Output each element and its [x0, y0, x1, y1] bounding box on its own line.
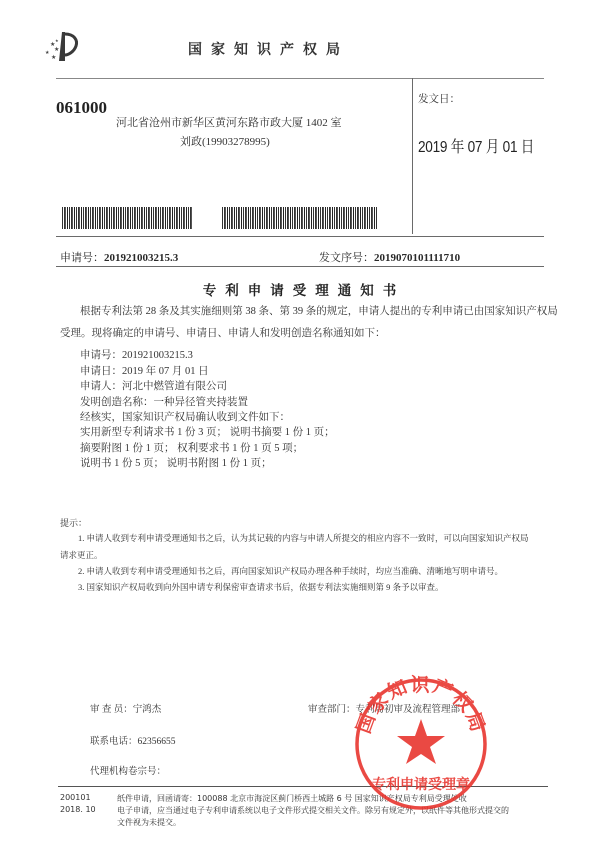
field-received-docs-3: 说明书 1 份 5 页； 说明书附图 1 份 1 页； [80, 455, 272, 470]
barcode-right [222, 207, 377, 229]
svg-text:★: ★ [55, 38, 59, 43]
notes-title: 提示： [60, 516, 87, 529]
official-seal: 国家知识产权局 专利申请受理章 [350, 673, 492, 815]
examiner-phone: 联系电话：62356655 [90, 733, 176, 747]
svg-text:★: ★ [54, 46, 59, 53]
application-number: 201921003215.3 [104, 252, 178, 264]
issue-date-divider [412, 78, 413, 234]
serial-number-row: 发文序号：2019070101111710 [319, 249, 460, 265]
examiner: 审 查 员：宁鸿杰 [90, 701, 161, 715]
recipient-address: 河北省沧州市新华区黄河东路市政大厦 1402 室 [116, 114, 342, 130]
intro-paragraph-line-1: 根据专利法第 28 条及其实施细则第 38 条、第 39 条的规定，申请人提出的… [80, 303, 558, 318]
serial-number-label: 发文序号： [319, 252, 374, 264]
issue-date: 2019 年 07 月 01 日 [418, 134, 534, 157]
field-received-statement: 经核实，国家知识产权局确认收到文件如下： [80, 409, 290, 424]
note-1: 1. 申请人收到专利申请受理通知书之后，认为其记载的内容与申请人所提交的相应内容… [78, 532, 529, 544]
barcode-left [62, 207, 193, 229]
header-divider [56, 78, 544, 79]
note-2: 2. 申请人收到专利申请受理通知书之后，再向国家知识产权局办理各种手续时，均应当… [78, 565, 503, 577]
field-application-date: 申请日：2019 年 07 月 01 日 [80, 363, 209, 378]
field-received-docs-2: 摘要附图 1 份 1 页； 权利要求书 1 份 1 页 5 项； [80, 440, 303, 455]
recipient-postcode: 061000 [56, 98, 107, 118]
issue-date-label: 发文日： [418, 91, 460, 106]
cnipa-logo-icon: ★ ★ ★ ★ ★ [40, 28, 80, 64]
form-code: 200101 [60, 793, 91, 802]
serial-number: 2019070101111710 [374, 252, 460, 264]
star-icon [397, 719, 445, 764]
agency-name: 国家知识产权局 [188, 39, 388, 59]
seal-bottom-text: 专利申请受理章 [372, 776, 470, 793]
document-title: 专利申请受理通知书 [0, 279, 600, 299]
recipient-contact: 刘政(19903278995) [180, 133, 270, 149]
svg-text:★: ★ [45, 50, 50, 56]
field-received-docs-1: 实用新型专利请求书 1 份 3 页； 说明书摘要 1 份 1 页； [80, 424, 335, 439]
form-version: 2018. 10 [60, 805, 96, 814]
field-applicant: 申请人：河北中燃管道有限公司 [80, 378, 227, 393]
svg-text:★: ★ [51, 54, 56, 61]
application-number-row: 申请号：201921003215.3 [60, 249, 178, 265]
note-3: 3. 国家知识产权局收到向外国申请专利保密审查请求书后，依据专利法实施细则第 9… [78, 581, 444, 593]
field-invention-title: 发明创造名称：一种异径管夹持装置 [80, 394, 248, 409]
footer-line-3: 文件视为未提交。 [117, 817, 181, 828]
application-number-label: 申请号： [60, 252, 104, 264]
meta-bottom-divider [56, 266, 544, 267]
meta-top-divider [56, 236, 544, 237]
agency-file-number: 代理机构卷宗号： [90, 763, 166, 777]
note-1-continued: 请求更正。 [60, 549, 103, 561]
intro-paragraph-line-2: 受理。现将确定的申请号、申请日、申请人和发明创造名称通知如下： [60, 325, 386, 340]
field-application-number: 申请号：201921003215.3 [80, 347, 193, 362]
